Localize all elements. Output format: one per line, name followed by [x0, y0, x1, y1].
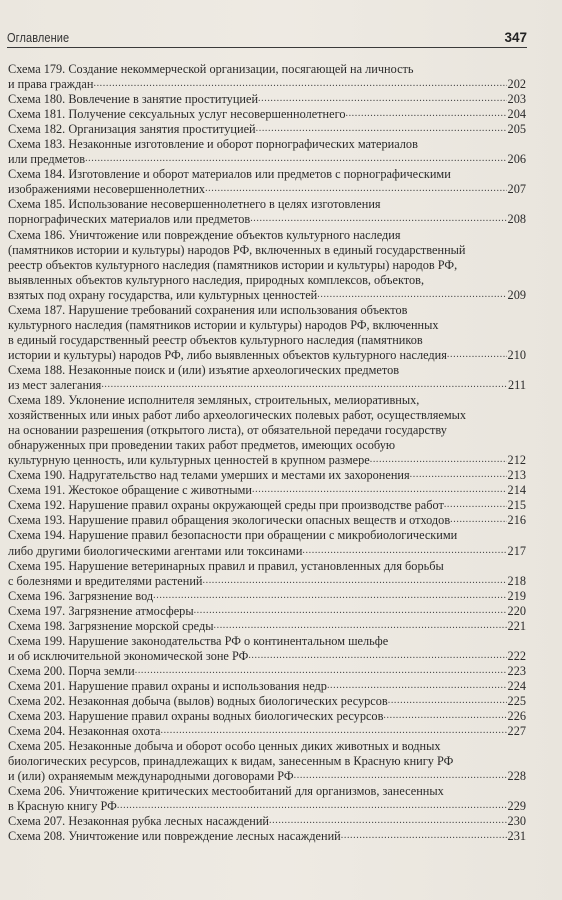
entry-page-number: 226 — [507, 709, 526, 724]
entry-page-number: 219 — [507, 589, 526, 604]
dot-leader — [341, 829, 507, 843]
toc-entry: Схема 185. Использование несовершеннолет… — [8, 197, 526, 227]
toc-entry: Схема 195. Нарушение ветеринарных правил… — [8, 559, 526, 589]
toc-entry-line: взятых под охрану государства, или культ… — [8, 288, 526, 303]
entry-title-text: Схема 192. Нарушение правил охраны окруж… — [8, 498, 444, 513]
toc-entry: Схема 205. Незаконные добыча и оборот ос… — [8, 739, 526, 784]
toc-entry-line: Схема 197. Загрязнение атмосферы220 — [8, 604, 526, 619]
toc-entry-line: в Красную книгу РФ229 — [8, 799, 526, 814]
entry-page-number: 221 — [507, 619, 526, 634]
toc-entry: Схема 203. Нарушение правил охраны водны… — [8, 709, 526, 724]
toc-entry-line: истории и культуры) народов РФ, либо выя… — [8, 348, 526, 363]
dot-leader — [383, 709, 506, 723]
toc-entry: Схема 204. Незаконная охота227 — [8, 724, 526, 739]
entry-title-text: и об исключительной экономической зоне Р… — [8, 649, 248, 664]
toc-entry: Схема 194. Нарушение правил безопасности… — [8, 528, 526, 558]
dot-leader — [450, 513, 506, 527]
entry-title-text: изображениями несовершеннолетних — [8, 182, 205, 197]
dot-leader — [248, 649, 506, 663]
toc-entry-line: Схема 189. Уклонение исполнителя земляны… — [8, 393, 526, 408]
toc-entry-line: реестр объектов культурного наследия (па… — [8, 258, 526, 273]
book-page: Оглавление 347 Схема 179. Создание неком… — [0, 0, 562, 900]
toc-entry-line: Схема 195. Нарушение ветеринарных правил… — [8, 559, 526, 574]
toc-entry-line: или предметов206 — [8, 152, 526, 167]
toc-entry: Схема 187. Нарушение требований сохранен… — [8, 303, 526, 363]
toc-entry-line: с болезнями и вредителями растений218 — [8, 574, 526, 589]
dot-leader — [252, 483, 507, 497]
toc-entry: Схема 180. Вовлечение в занятие проститу… — [8, 92, 526, 107]
toc-entry: Схема 191. Жестокое обращение с животным… — [8, 483, 526, 498]
toc-entry-line: Схема 183. Незаконные изготовление и обо… — [8, 137, 526, 152]
toc-entry: Схема 202. Незаконная добыча (вылов) вод… — [8, 694, 526, 709]
entry-page-number: 231 — [507, 829, 526, 844]
toc-entry-line: Схема 181. Получение сексуальных услуг н… — [8, 107, 526, 122]
entry-title-text: Схема 197. Загрязнение атмосферы — [8, 604, 194, 619]
toc-entry: Схема 206. Уничтожение критических место… — [8, 784, 526, 814]
toc-entry-line: Схема 198. Загрязнение морской среды221 — [8, 619, 526, 634]
entry-title-text: Схема 203. Нарушение правил охраны водны… — [8, 709, 383, 724]
entry-page-number: 210 — [507, 348, 526, 363]
toc-entry-line: Схема 206. Уничтожение критических место… — [8, 784, 526, 799]
dot-leader — [117, 799, 507, 813]
toc-entry-line: Схема 201. Нарушение правил охраны и исп… — [8, 679, 526, 694]
toc-entry-line: Схема 205. Незаконные добыча и оборот ос… — [8, 739, 526, 754]
toc-entry-line: Схема 202. Незаконная добыча (вылов) вод… — [8, 694, 526, 709]
entry-title-text: Схема 196. Загрязнение вод — [8, 589, 153, 604]
entry-title-text: Схема 191. Жестокое обращение с животным… — [8, 483, 252, 498]
dot-leader — [410, 468, 507, 482]
entry-title-text: Схема 180. Вовлечение в занятие проститу… — [8, 92, 258, 107]
entry-page-number: 203 — [507, 92, 526, 107]
toc-entry-line: Схема 192. Нарушение правил охраны окруж… — [8, 498, 526, 513]
toc-entry-line: Схема 186. Уничтожение или повреждение о… — [8, 228, 526, 243]
entry-page-number: 205 — [507, 122, 526, 137]
toc-entry: Схема 201. Нарушение правил охраны и исп… — [8, 679, 526, 694]
toc-entry-line: культурную ценность, или культурных ценн… — [8, 453, 526, 468]
toc-entry: Схема 183. Незаконные изготовление и обо… — [8, 137, 526, 167]
toc-entry-line: биологических ресурсов, принадлежащих к … — [8, 754, 526, 769]
entry-title-text: Схема 200. Порча земли — [8, 664, 135, 679]
dot-leader — [327, 679, 507, 693]
toc-entry-line: порнографических материалов или предмето… — [8, 212, 526, 227]
dot-leader — [203, 574, 507, 588]
dot-leader — [302, 544, 506, 558]
entry-page-number: 209 — [507, 288, 526, 303]
toc-entry-line: Схема 208. Уничтожение или повреждение л… — [8, 829, 526, 844]
entry-page-number: 218 — [507, 574, 526, 589]
toc-entry: Схема 196. Загрязнение вод219 — [8, 589, 526, 604]
entry-title-text: в Красную книгу РФ — [8, 799, 117, 814]
dot-leader — [93, 77, 506, 91]
toc-entry-line: и об исключительной экономической зоне Р… — [8, 649, 526, 664]
dot-leader — [317, 288, 506, 302]
entry-title-text: Схема 182. Организация занятия проституц… — [8, 122, 256, 137]
section-title: Оглавление — [7, 31, 69, 45]
dot-leader — [269, 814, 507, 828]
entry-title-text: Схема 204. Незаконная охота — [8, 724, 160, 739]
toc-entry-line: Схема 179. Создание некоммерческой орган… — [8, 62, 526, 77]
entry-page-number: 223 — [507, 664, 526, 679]
toc-entry: Схема 184. Изготовление и оборот материа… — [8, 167, 526, 197]
toc-entry: Схема 193. Нарушение правил обращения эк… — [8, 513, 526, 528]
entry-page-number: 213 — [507, 468, 526, 483]
dot-leader — [444, 498, 507, 512]
toc-entry-line: Схема 180. Вовлечение в занятие проститу… — [8, 92, 526, 107]
toc-entry: Схема 190. Надругательство над телами ум… — [8, 468, 526, 483]
toc-entry-line: Схема 187. Нарушение требований сохранен… — [8, 303, 526, 318]
toc-entry-line: либо другими биологическими агентами или… — [8, 544, 526, 559]
entry-page-number: 202 — [507, 77, 526, 92]
entry-page-number: 227 — [507, 724, 526, 739]
toc-entry: Схема 200. Порча земли223 — [8, 664, 526, 679]
toc-entry: Схема 192. Нарушение правил охраны окруж… — [8, 498, 526, 513]
toc-entry-line: Схема 196. Загрязнение вод219 — [8, 589, 526, 604]
toc-entry-line: Схема 182. Организация занятия проституц… — [8, 122, 526, 137]
entry-title-text: Схема 193. Нарушение правил обращения эк… — [8, 513, 450, 528]
toc-entry: Схема 179. Создание некоммерческой орган… — [8, 62, 526, 92]
entry-title-text: Схема 202. Незаконная добыча (вылов) вод… — [8, 694, 388, 709]
toc-entry-line: изображениями несовершеннолетних207 — [8, 182, 526, 197]
toc-entry-line: Схема 185. Использование несовершеннолет… — [8, 197, 526, 212]
toc-entry-line: Схема 194. Нарушение правил безопасности… — [8, 528, 526, 543]
toc-entry: Схема 199. Нарушение законодательства РФ… — [8, 634, 526, 664]
entry-page-number: 204 — [507, 107, 526, 122]
toc-entry-line: из мест залегания211 — [8, 378, 526, 393]
toc-entry-line: Схема 204. Незаконная охота227 — [8, 724, 526, 739]
toc-entry-line: культурного наследия (памятников истории… — [8, 318, 526, 333]
entry-page-number: 230 — [507, 814, 526, 829]
toc-entry: Схема 197. Загрязнение атмосферы220 — [8, 604, 526, 619]
table-of-contents: Схема 179. Создание некоммерческой орган… — [8, 62, 526, 844]
toc-entry-line: и (или) охраняемым международными догово… — [8, 769, 526, 784]
toc-entry-line: Схема 184. Изготовление и оборот материа… — [8, 167, 526, 182]
toc-entry-line: Схема 207. Незаконная рубка лесных насаж… — [8, 814, 526, 829]
dot-leader — [258, 92, 507, 106]
entry-title-text: Схема 207. Незаконная рубка лесных насаж… — [8, 814, 269, 829]
toc-entry-line: Схема 193. Нарушение правил обращения эк… — [8, 513, 526, 528]
dot-leader — [345, 107, 506, 121]
dot-leader — [194, 604, 507, 618]
entry-page-number: 208 — [507, 212, 526, 227]
entry-title-text: и права граждан — [8, 77, 93, 92]
toc-entry: Схема 181. Получение сексуальных услуг н… — [8, 107, 526, 122]
entry-page-number: 225 — [507, 694, 526, 709]
toc-entry-line: Схема 200. Порча земли223 — [8, 664, 526, 679]
entry-page-number: 211 — [507, 378, 526, 393]
entry-page-number: 207 — [507, 182, 526, 197]
toc-entry: Схема 207. Незаконная рубка лесных насаж… — [8, 814, 526, 829]
entry-title-text: Схема 181. Получение сексуальных услуг н… — [8, 107, 345, 122]
entry-title-text: из мест залегания — [8, 378, 101, 393]
toc-entry-line: на основании разрешения (открытого листа… — [8, 423, 526, 438]
entry-page-number: 224 — [507, 679, 526, 694]
entry-page-number: 214 — [507, 483, 526, 498]
entry-page-number: 217 — [507, 544, 526, 559]
entry-page-number: 215 — [507, 498, 526, 513]
toc-entry-line: Схема 199. Нарушение законодательства РФ… — [8, 634, 526, 649]
entry-title-text: культурную ценность, или культурных ценн… — [8, 453, 370, 468]
toc-entry-line: и права граждан202 — [8, 77, 526, 92]
dot-leader — [160, 724, 506, 738]
dot-leader — [101, 378, 507, 392]
entry-page-number: 222 — [507, 649, 526, 664]
toc-entry-line: обнаруженных при проведении таких работ … — [8, 438, 526, 453]
toc-entry: Схема 189. Уклонение исполнителя земляны… — [8, 393, 526, 468]
toc-entry-line: в единый государственный реестр объектов… — [8, 333, 526, 348]
dot-leader — [205, 182, 506, 196]
running-header: Оглавление 347 — [7, 29, 527, 48]
entry-title-text: либо другими биологическими агентами или… — [8, 544, 302, 559]
toc-entry-line: Схема 203. Нарушение правил охраны водны… — [8, 709, 526, 724]
entry-title-text: Схема 198. Загрязнение морской среды — [8, 619, 214, 634]
page-number: 347 — [504, 30, 527, 45]
dot-leader — [388, 694, 507, 708]
entry-title-text: или предметов — [8, 152, 85, 167]
toc-entry: Схема 198. Загрязнение морской среды221 — [8, 619, 526, 634]
toc-entry-line: Схема 190. Надругательство над телами ум… — [8, 468, 526, 483]
entry-page-number: 216 — [507, 513, 526, 528]
entry-page-number: 228 — [507, 769, 526, 784]
dot-leader — [135, 664, 507, 678]
entry-title-text: Схема 208. Уничтожение или повреждение л… — [8, 829, 341, 844]
entry-page-number: 206 — [507, 152, 526, 167]
toc-entry: Схема 182. Организация занятия проституц… — [8, 122, 526, 137]
entry-page-number: 212 — [507, 453, 526, 468]
dot-leader — [294, 769, 507, 783]
entry-title-text: Схема 201. Нарушение правил охраны и исп… — [8, 679, 327, 694]
toc-entry-line: (памятников истории и культуры) народов … — [8, 243, 526, 258]
toc-entry: Схема 188. Незаконные поиск и (или) изъя… — [8, 363, 526, 393]
dot-leader — [85, 152, 506, 166]
entry-page-number: 229 — [507, 799, 526, 814]
entry-title-text: Схема 190. Надругательство над телами ум… — [8, 468, 410, 483]
toc-entry-line: Схема 191. Жестокое обращение с животным… — [8, 483, 526, 498]
entry-page-number: 220 — [507, 604, 526, 619]
toc-entry: Схема 208. Уничтожение или повреждение л… — [8, 829, 526, 844]
dot-leader — [256, 122, 507, 136]
dot-leader — [370, 453, 507, 467]
toc-entry-line: Схема 188. Незаконные поиск и (или) изъя… — [8, 363, 526, 378]
entry-title-text: и (или) охраняемым международными догово… — [8, 769, 294, 784]
entry-title-text: взятых под охрану государства, или культ… — [8, 288, 317, 303]
dot-leader — [214, 619, 507, 633]
entry-title-text: порнографических материалов или предмето… — [8, 212, 250, 227]
dot-leader — [153, 589, 506, 603]
dot-leader — [447, 348, 507, 362]
toc-entry: Схема 186. Уничтожение или повреждение о… — [8, 228, 526, 303]
entry-title-text: с болезнями и вредителями растений — [8, 574, 203, 589]
toc-entry-line: выявленных объектов культурного наследия… — [8, 273, 526, 288]
entry-title-text: истории и культуры) народов РФ, либо выя… — [8, 348, 447, 363]
dot-leader — [250, 212, 506, 226]
toc-entry-line: хозяйственных или иных работ либо археол… — [8, 408, 526, 423]
